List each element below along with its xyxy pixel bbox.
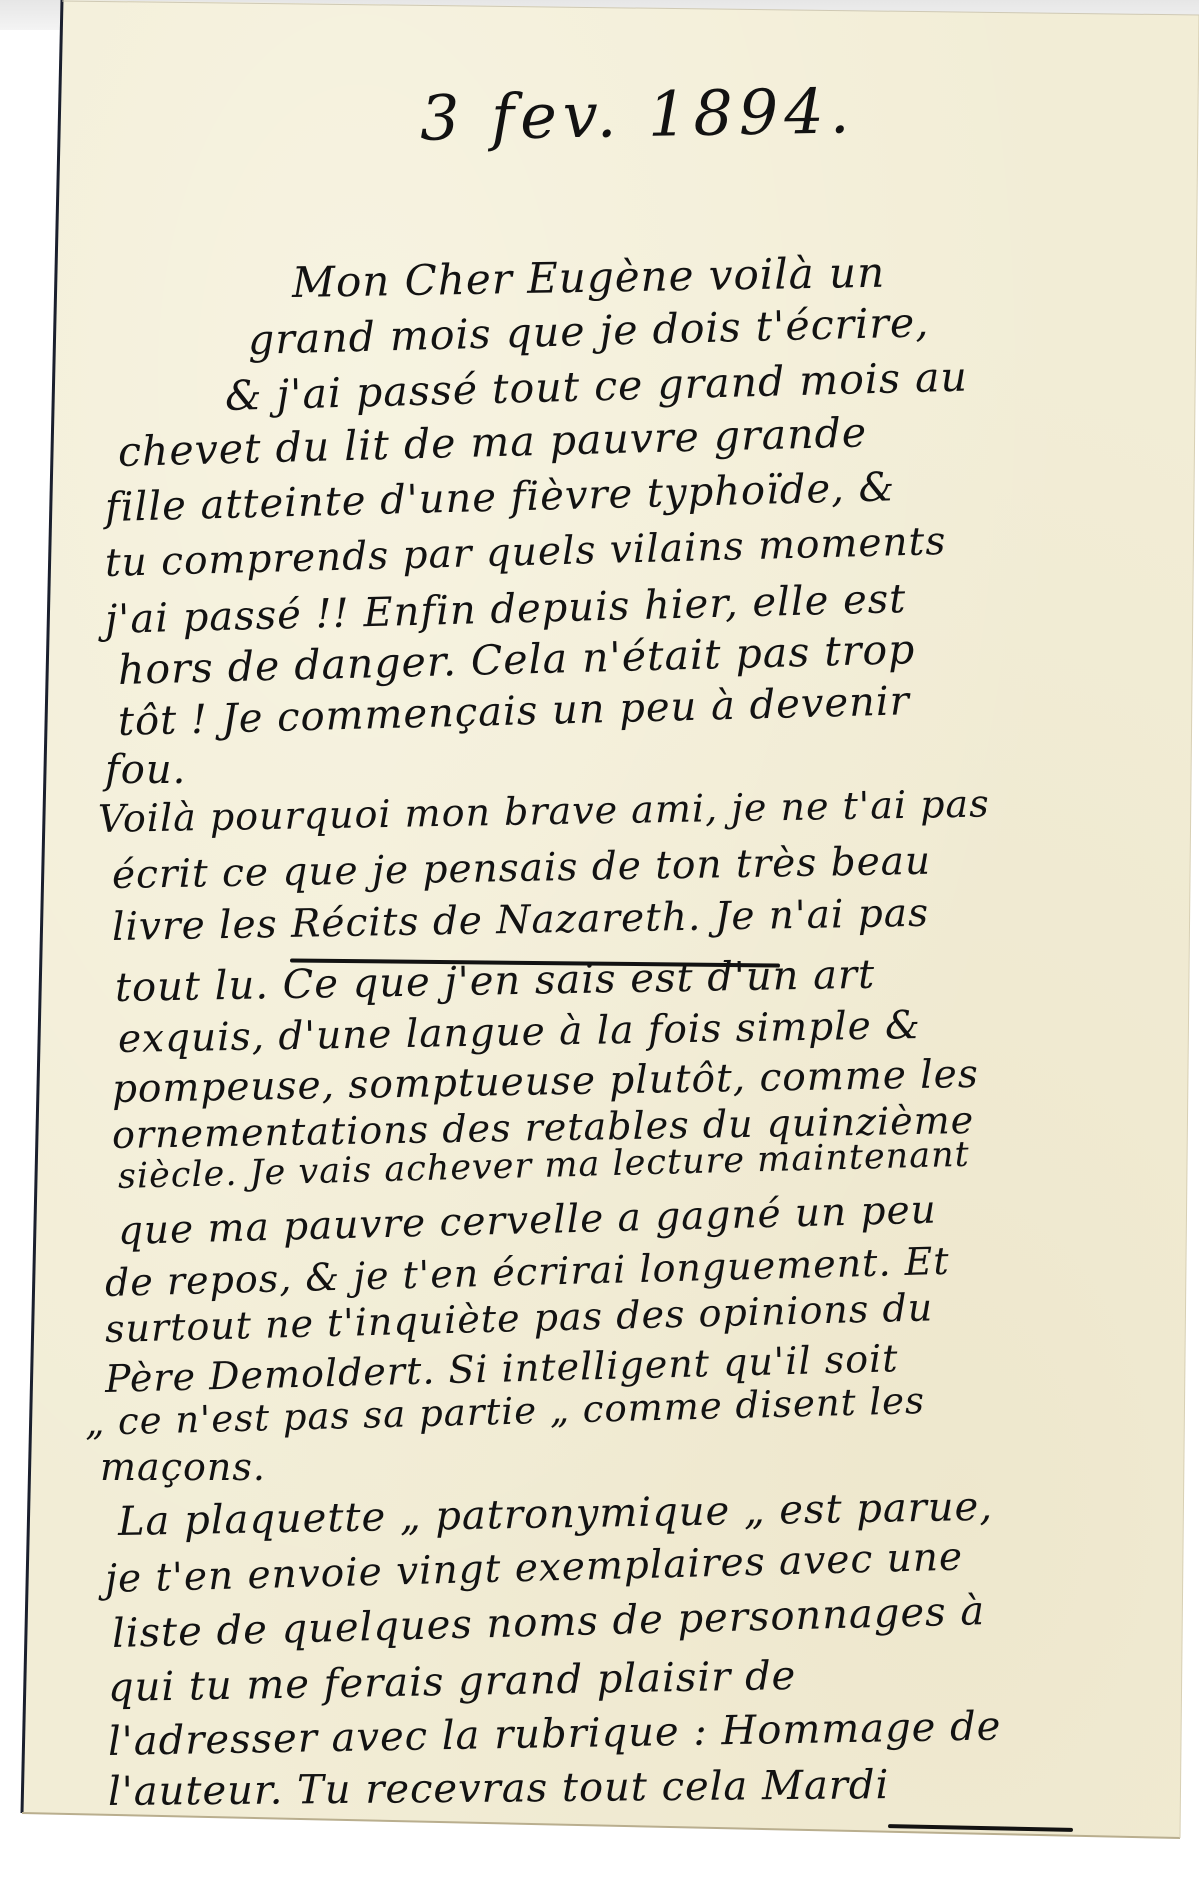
letter-line: liste de quelques noms de personnages à	[111, 1591, 985, 1654]
letter-line: grand mois que je dois t'écrire,	[247, 302, 929, 361]
letter-line: fou.	[105, 750, 186, 790]
letter-line: qui tu me ferais grand plaisir de	[108, 1656, 797, 1708]
letter-line: tout lu. Ce que j'en sais est d'un art	[115, 955, 876, 1008]
letter-line: chevet du lit de ma pauvre grande	[117, 412, 867, 473]
letter-line: tu comprends par quels vilains moments	[104, 522, 946, 583]
letter-date: 3 fev. 1894.	[419, 74, 856, 155]
letter-body: 3 fev. 1894. Mon Cher Eugène voilà un gr…	[0, 0, 1199, 1881]
letter-line: maçons.	[100, 1448, 266, 1486]
letter-line: fille atteinte d'une fièvre typhoïde, &	[104, 467, 895, 528]
letter-line: je t'en envoie vingt exemplaires avec un…	[104, 1538, 963, 1599]
letter-line: La plaquette „ patronymique „ est parue,	[118, 1487, 994, 1542]
letter-line: l'adresser avec la rubrique : Hommage de	[108, 1706, 1002, 1762]
letter-line: livre les Récits de Nazareth. Je n'ai pa…	[112, 894, 930, 947]
letter-line: écrit ce que je pensais de ton très beau	[112, 842, 932, 895]
underline-mardi	[888, 1824, 1073, 1832]
letter-line: exquis, d'une langue à la fois simple &	[118, 1006, 921, 1059]
salutation: Mon Cher Eugène voilà un	[292, 252, 886, 304]
letter-line: l'auteur. Tu recevras tout cela Mardi	[108, 1765, 890, 1812]
letter-line: Voilà pourquoi mon brave ami, je ne t'ai…	[98, 784, 990, 838]
